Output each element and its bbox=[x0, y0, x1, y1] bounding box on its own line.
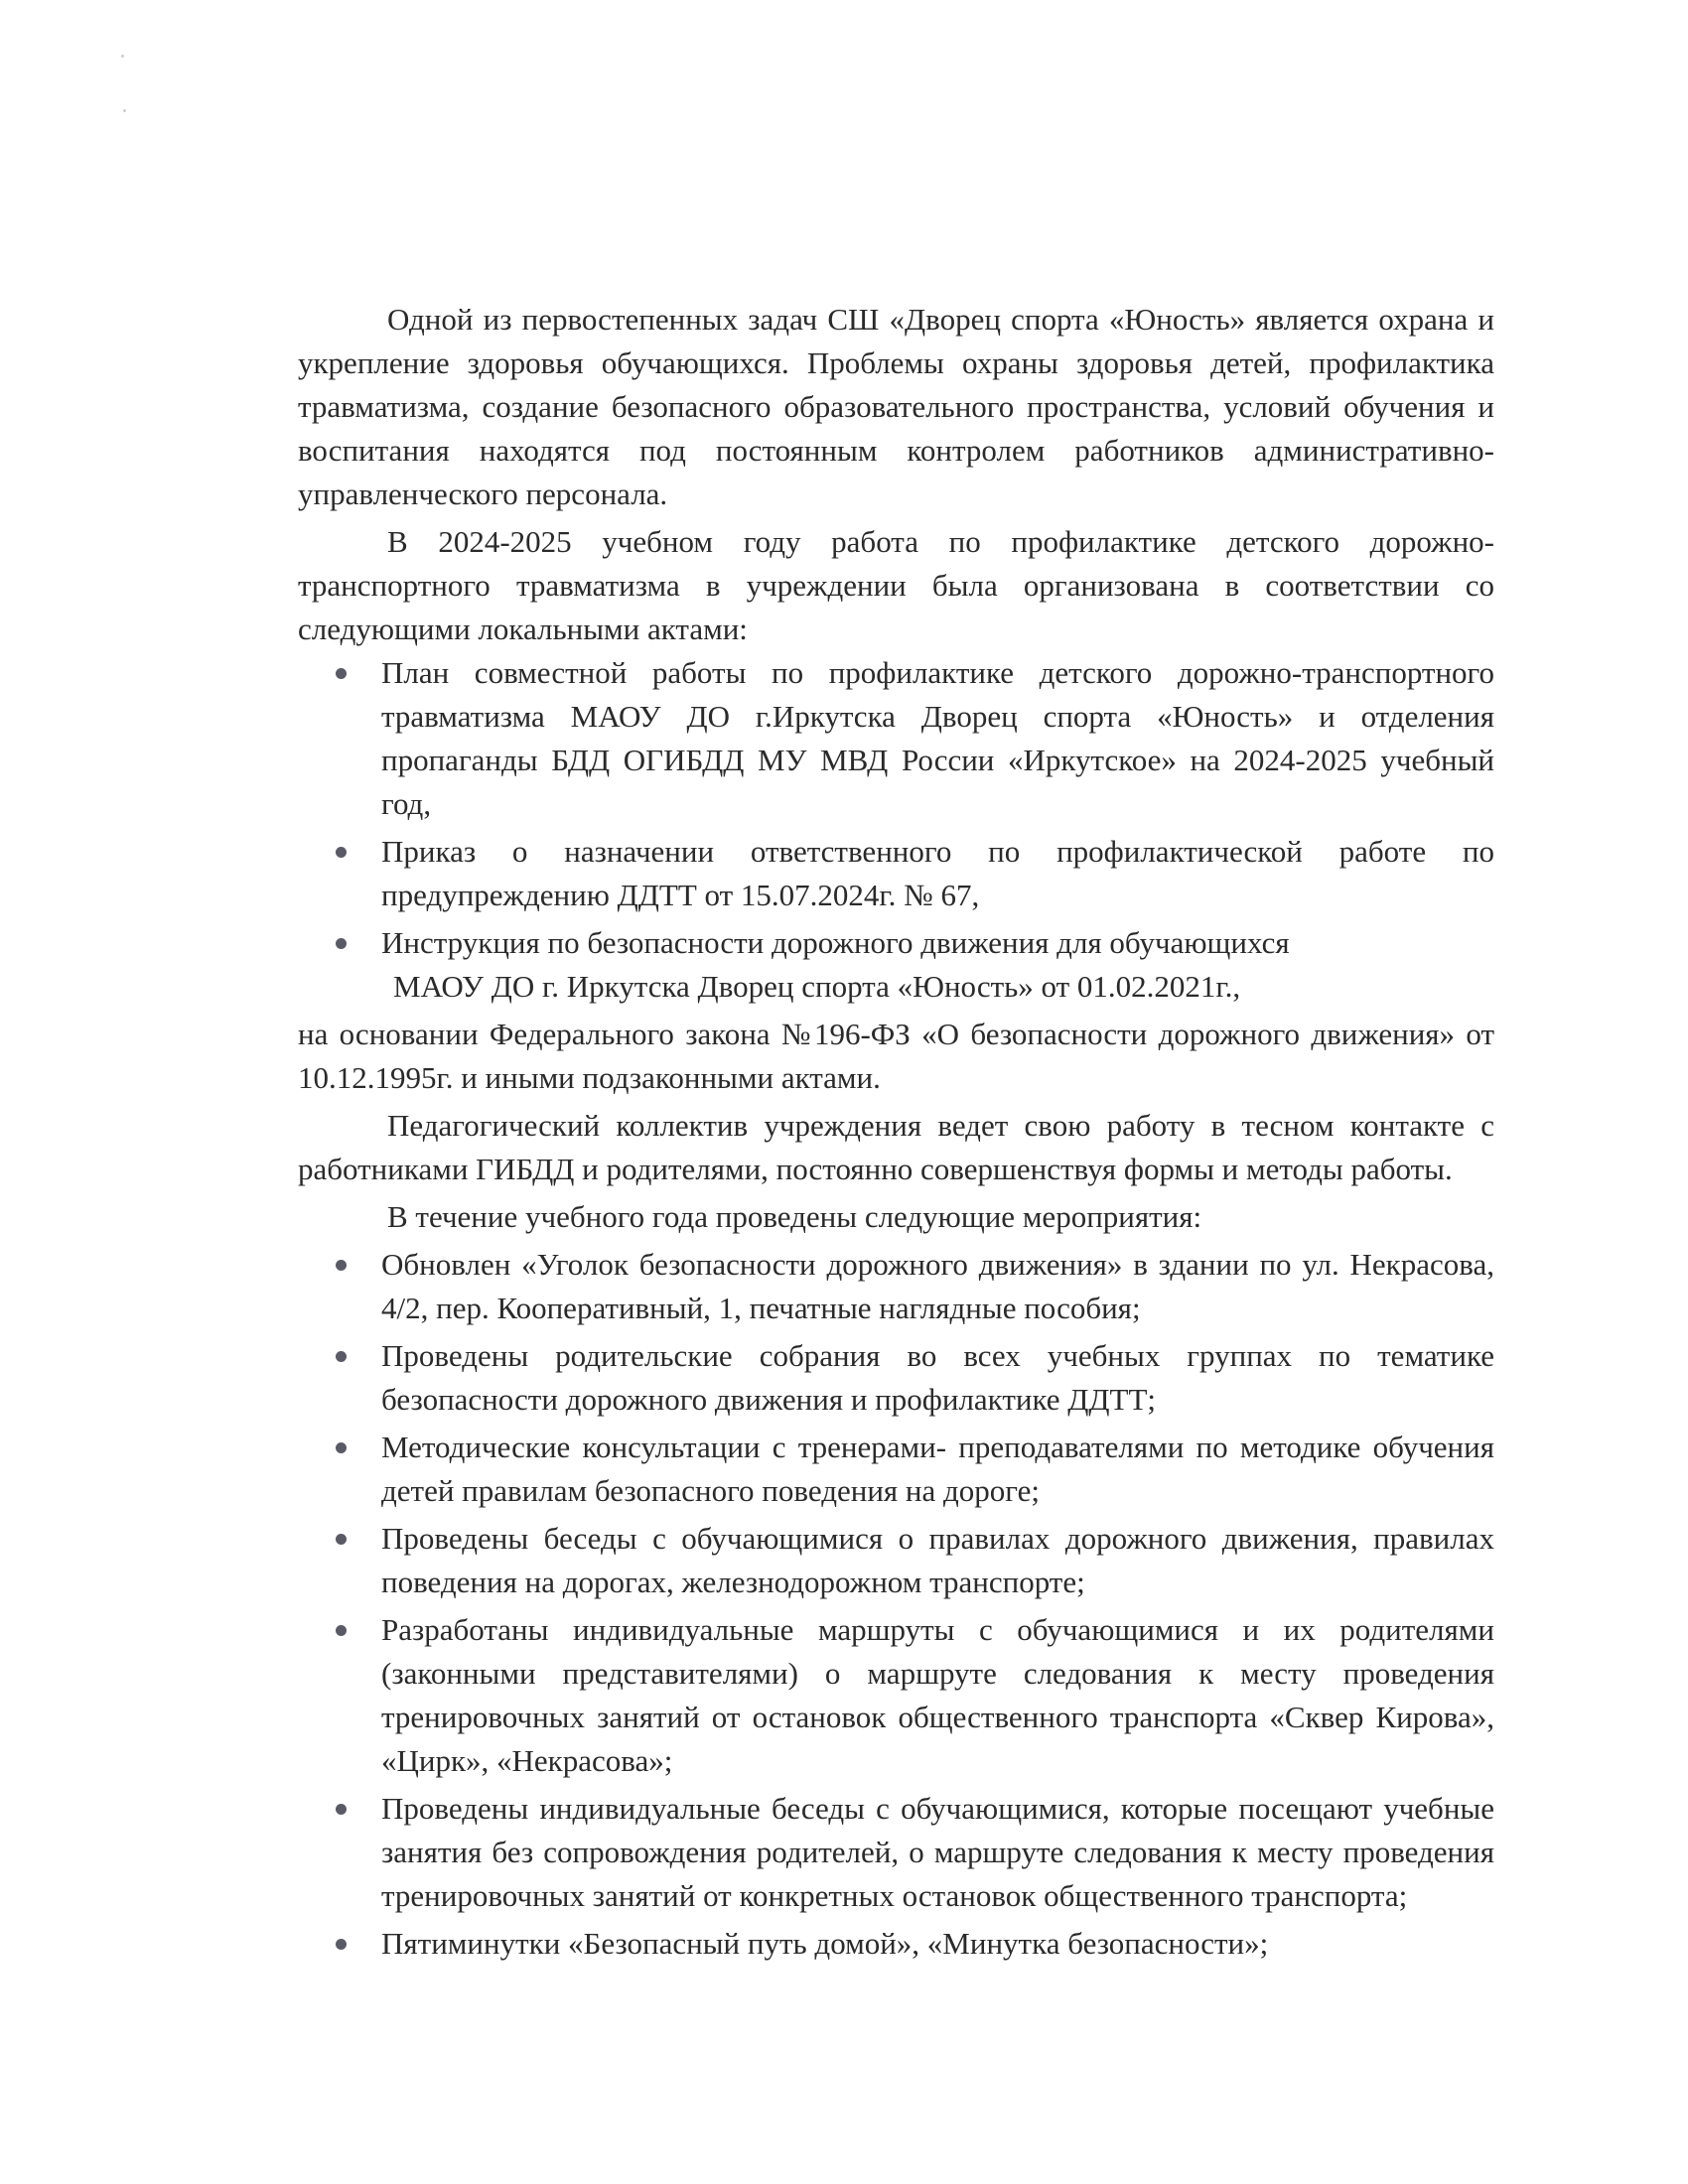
bullet-icon bbox=[336, 938, 347, 949]
events-list: Обновлен «Уголок безопасности дорожного … bbox=[298, 1243, 1494, 1966]
legal-basis-paragraph: на основании Федерального закона №196-ФЗ… bbox=[298, 1013, 1494, 1100]
list-item: Проведены родительские собрания во всех … bbox=[298, 1334, 1494, 1422]
bullet-icon bbox=[336, 1804, 347, 1815]
list-item: Инструкция по безопасности дорожного дви… bbox=[298, 921, 1494, 965]
list-item: Проведены беседы с обучающимися о правил… bbox=[298, 1517, 1494, 1604]
list-item: Пятиминутки «Безопасный путь домой», «Ми… bbox=[298, 1922, 1494, 1966]
bullet-icon bbox=[336, 1442, 347, 1453]
list-item: Методические консультации с тренерами- п… bbox=[298, 1426, 1494, 1513]
bullet-icon bbox=[336, 847, 347, 858]
bullet-icon bbox=[336, 1625, 347, 1636]
collective-paragraph: Педагогический коллектив учреждения веде… bbox=[298, 1104, 1494, 1191]
local-acts-list: План совместной работы по профилактике д… bbox=[298, 651, 1494, 1009]
list-item: План совместной работы по профилактике д… bbox=[298, 651, 1494, 826]
bullet-icon bbox=[336, 1351, 347, 1362]
document-page: Одной из первостепенных задач СШ «Дворец… bbox=[298, 298, 1494, 1970]
list-item: Обновлен «Уголок безопасности дорожного … bbox=[298, 1243, 1494, 1330]
scan-speck bbox=[121, 55, 124, 58]
list-item: Приказ о назначении ответственного по пр… bbox=[298, 830, 1494, 917]
events-intro-paragraph: В течение учебного года проведены следую… bbox=[298, 1195, 1494, 1239]
list-item: Проведены индивидуальные беседы с обучаю… bbox=[298, 1787, 1494, 1918]
bullet-icon bbox=[336, 1939, 347, 1950]
acts-intro-paragraph: В 2024-2025 учебном году работа по профи… bbox=[298, 520, 1494, 651]
list-item: Разработаны индивидуальные маршруты с об… bbox=[298, 1608, 1494, 1783]
scan-speck bbox=[123, 109, 126, 112]
bullet-icon bbox=[336, 668, 347, 679]
bullet-icon bbox=[336, 1534, 347, 1545]
bullet-icon bbox=[336, 1260, 347, 1271]
intro-paragraph: Одной из первостепенных задач СШ «Дворец… bbox=[298, 298, 1494, 516]
list-item-continuation: МАОУ ДО г. Иркутска Дворец спорта «Юност… bbox=[298, 965, 1494, 1009]
